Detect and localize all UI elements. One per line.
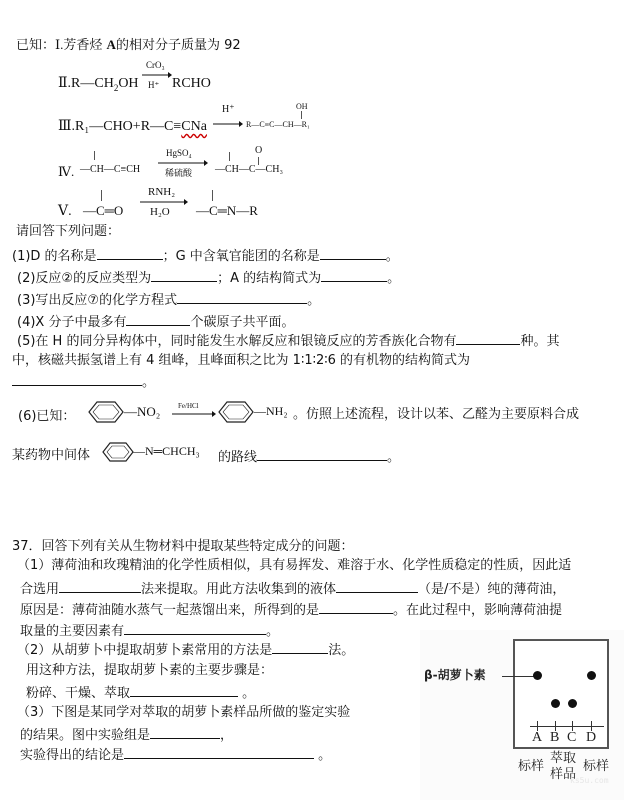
standard-label-d: 标样 bbox=[583, 759, 609, 774]
lane-d-label: D bbox=[586, 730, 596, 746]
question-text: (4)X 分子中最多有 bbox=[17, 315, 126, 330]
question-text: （是/不是）纯的薄荷油， bbox=[418, 582, 565, 597]
answer-blank[interactable] bbox=[320, 246, 386, 260]
question-1: (1)D 的名称是；G 中含氧官能团的名称是。 bbox=[12, 246, 399, 266]
reactant-wavy: CNa bbox=[181, 119, 207, 134]
bond-line bbox=[101, 190, 102, 201]
benzene-ring-icon bbox=[102, 441, 134, 463]
reagent-bottom: 稀硫酸 bbox=[165, 166, 192, 179]
fact-number: Ⅴ. bbox=[58, 204, 72, 219]
question-2: (2)反应②的反应类型为；A 的结构简式为。 bbox=[17, 268, 400, 288]
fact-number: Ⅳ. bbox=[58, 164, 74, 179]
tlc-figure: β-胡萝卜素 A B C D 标样 萃取 样品 标样 ks5u.com bbox=[420, 630, 624, 800]
question-text: ；A 的结构简式为 bbox=[217, 271, 321, 286]
fact-text: 的相对分子质量为 92 bbox=[116, 38, 241, 53]
bond-line bbox=[94, 151, 95, 160]
fact-number: Ⅲ. bbox=[58, 119, 75, 134]
pointer-label: β-胡萝卜素 bbox=[424, 668, 486, 683]
answer-blank[interactable] bbox=[150, 725, 220, 739]
bond-line bbox=[229, 152, 230, 161]
q37-1-line-1: （1）薄荷油和玫瑰精油的化学性质相似，具有易挥发、难溶于水、化学性质稳定的性质，… bbox=[17, 557, 571, 575]
question-text: 。 bbox=[142, 375, 155, 390]
prompt: 请回答下列问题： bbox=[16, 223, 120, 241]
product-o: O bbox=[255, 145, 262, 156]
pointer-line bbox=[502, 676, 534, 677]
q37-1-line-3: 原因是：薄荷油随水蒸气一起蒸馏出来，所得到的是。在此过程中，影响薄荷油提 bbox=[20, 600, 562, 620]
question-text: 。 bbox=[386, 249, 399, 264]
question-text: (5)在 H 的同分异构体中，同时能发生水解反应和银镜反应的芳香族化合物有 bbox=[17, 334, 456, 349]
question-5-line-2: 中，核磁共振氢谱上有 4 组峰，且峰面积之比为 1∶1∶2∶6 的有机物的结构简… bbox=[12, 352, 470, 370]
reactant: —C═O bbox=[83, 203, 123, 219]
q37-3-line-1: （3）下图是某同学对萃取的胡萝卜素样品所做的鉴定实验 bbox=[17, 704, 350, 722]
compound-label: A bbox=[107, 37, 116, 52]
known-fact-3: Ⅲ.R₁—CHO+R—C≡CNa bbox=[58, 118, 207, 136]
spot-a bbox=[533, 671, 542, 680]
question-6-text: 。仿照上述流程，设计以苯、乙醛为主要原料合成 bbox=[293, 406, 579, 424]
lane-a-label: A bbox=[532, 730, 542, 746]
q37-1-line-2: 合选用法来提取。用此方法收集到的液体（是/不是）纯的薄荷油， bbox=[20, 579, 565, 599]
question-text: 。 bbox=[266, 624, 279, 639]
reagent-top: HgSO₄ bbox=[166, 148, 192, 158]
answer-blank[interactable] bbox=[97, 246, 163, 260]
product: —C═N—R bbox=[196, 203, 258, 219]
answer-blank[interactable] bbox=[124, 621, 266, 635]
product-oh: OH bbox=[296, 102, 308, 111]
question-text: ， bbox=[220, 728, 233, 743]
lane-b-label: B bbox=[550, 730, 559, 746]
question-text: 。在此过程中，影响薄荷油提 bbox=[393, 603, 562, 618]
question-5-line-1: (5)在 H 的同分异构体中，同时能发生水解反应和银镜反应的芳香族化合物有种。其 bbox=[17, 331, 559, 351]
known-label: 已知： bbox=[16, 38, 55, 53]
question-text: 法来提取。用此方法收集到的液体 bbox=[141, 582, 336, 597]
question-4: (4)X 分子中最多有个碳原子共平面。 bbox=[17, 312, 294, 332]
fact-number: Ⅱ. bbox=[58, 76, 71, 91]
question-text: 。 bbox=[314, 748, 331, 763]
amino-group: —NH₂ bbox=[254, 404, 288, 419]
reaction-arrow bbox=[140, 199, 188, 205]
sample-label-line-1: 萃取 bbox=[550, 751, 576, 766]
question-text: 原因是：薄荷油随水蒸气一起蒸馏出来，所得到的是 bbox=[20, 603, 319, 618]
question-text: (2)反应②的反应类型为 bbox=[17, 271, 151, 286]
benzene-ring-icon bbox=[88, 400, 124, 424]
q37-title: 37．回答下列有关从生物材料中提取某些特定成分的问题： bbox=[12, 538, 354, 556]
question-text: ；G 中含氧官能团的名称是 bbox=[163, 249, 320, 264]
reaction-arrow bbox=[213, 121, 243, 127]
bond-line bbox=[301, 111, 302, 119]
question-text: (1)D 的名称是 bbox=[12, 249, 97, 264]
question-text: 实验得出的结论是 bbox=[20, 748, 124, 763]
answer-blank[interactable] bbox=[272, 640, 328, 654]
answer-blank[interactable] bbox=[177, 290, 307, 304]
spot-d bbox=[587, 671, 596, 680]
q37-2-line-1: （2）从胡萝卜中提取胡萝卜素常用的方法是法。 bbox=[17, 640, 354, 660]
known-fact-1: 已知：Ⅰ.芳香烃 A的相对分子质量为 92 bbox=[16, 36, 241, 55]
imine-group: —N═CHCH₃ bbox=[133, 444, 200, 459]
reagent-bottom: H₂O bbox=[150, 206, 170, 218]
known-fact-2: Ⅱ.R—CH2OH bbox=[58, 75, 139, 97]
question-text: 个碳原子共平面。 bbox=[190, 315, 294, 330]
reactant: R—CH bbox=[71, 76, 114, 91]
known-fact-5: Ⅴ. bbox=[58, 203, 72, 221]
answer-blank[interactable] bbox=[319, 600, 393, 614]
standard-label-a: 标样 bbox=[518, 759, 544, 774]
question-6-line-2-end: 的路线。 bbox=[218, 447, 400, 467]
question-text: 取量的主要因素有 bbox=[20, 624, 124, 639]
answer-blank[interactable] bbox=[456, 331, 520, 345]
question-text: 粉碎、干燥、萃取 bbox=[26, 686, 130, 701]
nitro-group: —NO₂ bbox=[124, 404, 160, 420]
answer-blank[interactable] bbox=[321, 268, 387, 282]
origin-line bbox=[530, 726, 604, 727]
question-text: 。 bbox=[307, 293, 320, 308]
question-text: 。 bbox=[387, 450, 400, 465]
q37-1-line-4: 取量的主要因素有。 bbox=[20, 621, 279, 641]
lane-c-label: C bbox=[567, 730, 576, 746]
question-text: 种。其 bbox=[520, 334, 559, 349]
answer-blank[interactable] bbox=[130, 683, 238, 697]
watermark: ks5u.com bbox=[570, 776, 609, 785]
question-text: （2）从胡萝卜中提取胡萝卜素常用的方法是 bbox=[17, 643, 272, 658]
answer-blank[interactable] bbox=[336, 579, 418, 593]
question-6-line-2: 某药物中间体 bbox=[12, 447, 90, 465]
reagent-top: CrO₃ bbox=[146, 60, 165, 70]
product: RCHO bbox=[172, 75, 211, 93]
question-text: 。 bbox=[387, 271, 400, 286]
question-6-label: (6)已知： bbox=[18, 408, 75, 426]
question-5-line-3: 。 bbox=[12, 372, 155, 392]
question-text: (3)写出反应⑦的化学方程式 bbox=[17, 293, 177, 308]
q37-3-line-3: 实验得出的结论是 。 bbox=[20, 745, 331, 765]
answer-blank[interactable] bbox=[151, 268, 217, 282]
question-text: 。 bbox=[238, 686, 255, 701]
reagent-bottom: H⁺ bbox=[148, 80, 159, 91]
reagent-top: RNH₂ bbox=[148, 186, 175, 198]
known-fact-4: Ⅳ. bbox=[58, 163, 74, 181]
benzene-ring-icon bbox=[218, 400, 254, 424]
answer-blank[interactable] bbox=[124, 745, 314, 759]
reaction-arrow bbox=[142, 72, 172, 78]
product: —CH—C—CH₃ bbox=[215, 164, 283, 175]
q37-2-line-2: 用这种方法，提取胡萝卜素的主要步骤是： bbox=[26, 662, 273, 680]
answer-blank[interactable] bbox=[12, 372, 142, 386]
answer-blank[interactable] bbox=[126, 312, 190, 326]
question-text: 的路线 bbox=[218, 450, 257, 465]
reagent: Fe/HCl bbox=[178, 402, 199, 410]
reagent-top: H⁺ bbox=[222, 104, 235, 115]
reactant: —CH—C≡CH bbox=[80, 164, 140, 175]
spot-b bbox=[551, 699, 560, 708]
bond-line bbox=[212, 190, 213, 201]
answer-blank[interactable] bbox=[59, 579, 141, 593]
reactant: R₁—CHO+R—C≡ bbox=[75, 119, 181, 134]
answer-blank[interactable] bbox=[257, 447, 387, 461]
question-text: 法。 bbox=[328, 643, 354, 658]
question-3: (3)写出反应⑦的化学方程式。 bbox=[17, 290, 320, 310]
q37-3-line-2: 的结果。图中实验组是， bbox=[20, 725, 233, 745]
question-text: 合选用 bbox=[20, 582, 59, 597]
question-text: 的结果。图中实验组是 bbox=[20, 728, 150, 743]
fact-text: 芳香烃 bbox=[63, 38, 106, 53]
question-text: 中，核磁共振氢谱上有 4 组峰，且峰面积之比为 1∶1∶2∶6 的有机物的结构简… bbox=[12, 353, 470, 368]
reactant: OH bbox=[118, 76, 138, 91]
reaction-arrow bbox=[172, 411, 216, 417]
spot-c bbox=[568, 699, 577, 708]
q37-2-line-3: 粉碎、干燥、萃取 。 bbox=[26, 683, 255, 703]
product: R—C≡C—CH—R₁ bbox=[246, 120, 310, 129]
